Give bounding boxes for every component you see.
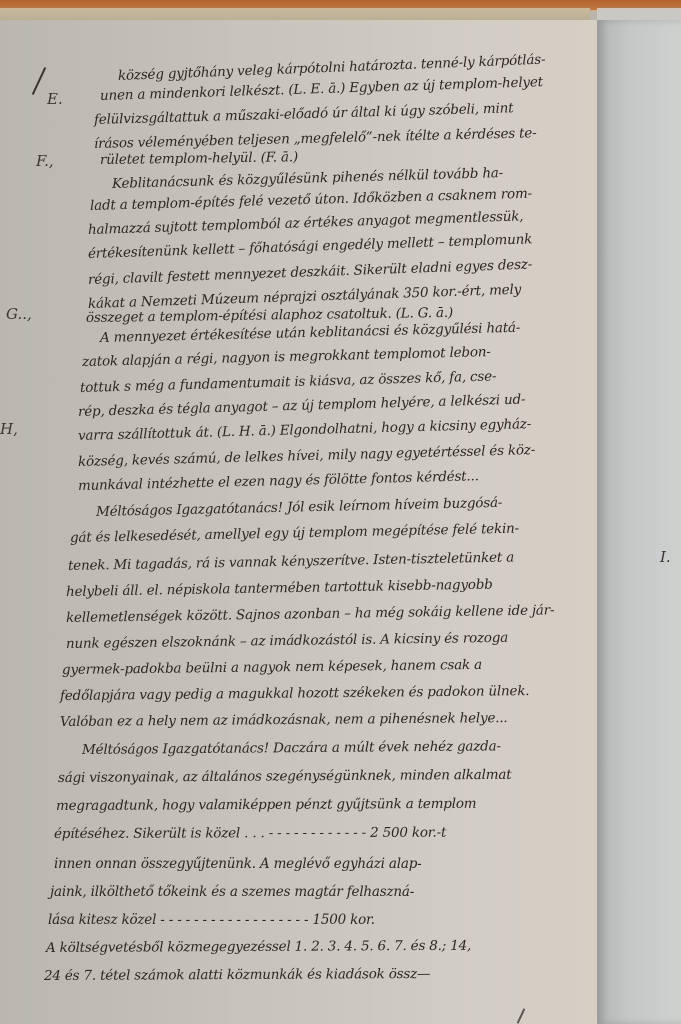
text-line: rületet templom-helyül. (F. ā.)	[100, 149, 298, 168]
margin-mark-g: G..,	[6, 305, 32, 323]
margin-mark-i: I.	[660, 548, 671, 566]
text-line: sági viszonyainak, az általános szegénys…	[58, 767, 512, 786]
text-line: megragadtunk, hogy valamiképpen pénzt gy…	[56, 796, 476, 814]
text-line: innen onnan összegyűjtenünk. A meglévő e…	[54, 856, 422, 872]
margin-mark-h: H,	[0, 420, 18, 438]
text-line: építéséhez. Sikerült is közel . . . - - …	[54, 825, 446, 842]
text-line: lása kitesz közel - - - - - - - - - - - …	[48, 912, 375, 928]
text-line: 24 és 7. tétel számok alatti közmunkák é…	[44, 966, 430, 984]
text-line: A költségvetésből közmegegyezéssel 1. 2.…	[46, 938, 471, 956]
margin-mark-e: E.	[47, 90, 63, 108]
text-line: jaink, ilkölthető tőkeink és a szemes ma…	[50, 884, 414, 900]
right-page	[597, 20, 681, 1024]
margin-mark-f: F.,	[36, 152, 54, 170]
